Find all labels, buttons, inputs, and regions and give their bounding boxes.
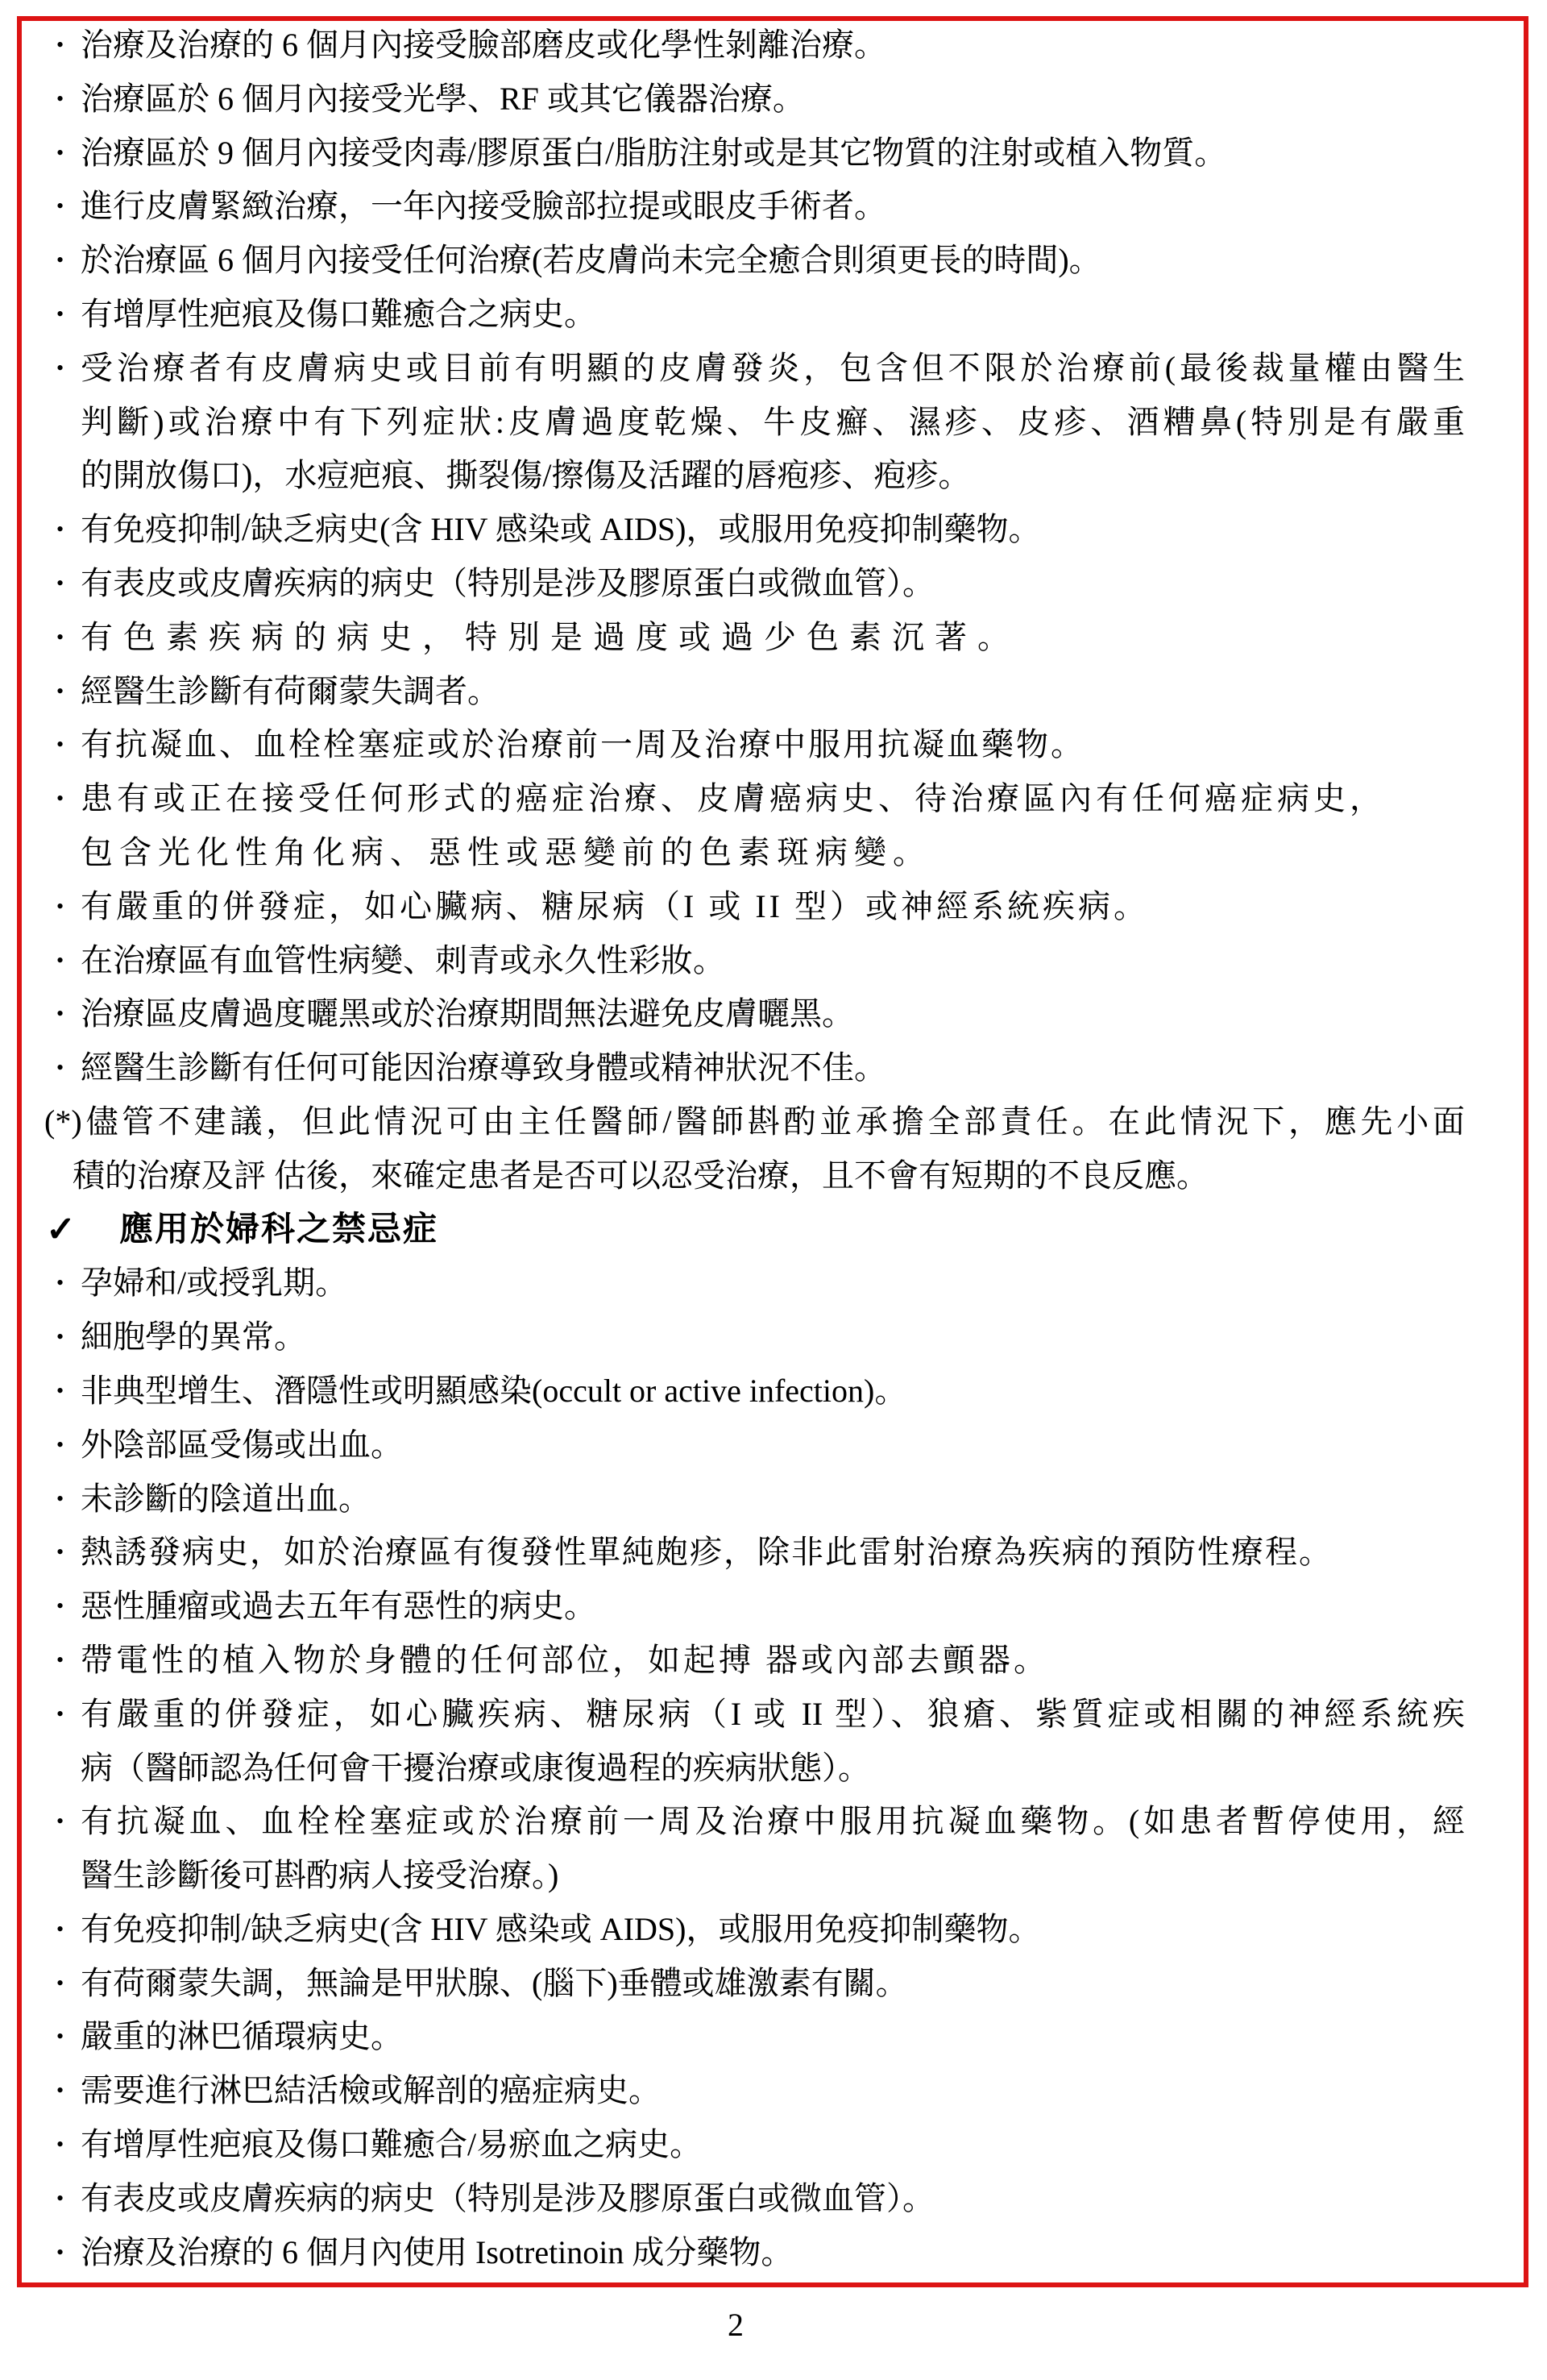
item-line: 有荷爾蒙失調，無論是甲狀腺、(腦下)垂體或雄激素有關。 xyxy=(81,1957,1465,2011)
item-line: 熱誘發病史，如於治療區有復發性單純皰疹，除非此雷射治療為疾病的預防性療程。 xyxy=(81,1526,1465,1580)
bullet-icon: • xyxy=(56,503,64,557)
bullet-item: •外陰部區受傷或出血。 xyxy=(23,1418,1520,1472)
bullet-item: •治療及治療的 6 個月內使用 Isotretinoin 成分藥物。 xyxy=(23,2226,1520,2280)
bullet-icon: • xyxy=(56,718,64,772)
bullet-item: •熱誘發病史，如於治療區有復發性單純皰疹，除非此雷射治療為疾病的預防性療程。 xyxy=(23,1526,1520,1580)
bullet-icon: • xyxy=(56,1364,64,1418)
bullet-item: •惡性腫瘤或過去五年有惡性的病史。 xyxy=(23,1580,1520,1634)
bullet-item: •在治療區有血管性病變、刺青或永久性彩妝。 xyxy=(23,934,1520,988)
bullet-item: •未診斷的陰道出血。 xyxy=(23,1472,1520,1526)
note-item: (*)儘管不建議，但此情況可由主任醫師/醫師斟酌並承擔全部責任。在此情況下，應先… xyxy=(23,1095,1520,1203)
item-line: 有免疫抑制/缺乏病史(含 HIV 感染或 AIDS)，或服用免疫抑制藥物。 xyxy=(81,503,1465,557)
item-line: 於治療區 6 個月內接受任何治療(若皮膚尚未完全癒合則須更長的時間)。 xyxy=(81,234,1465,288)
item-line: 經醫生診斷有任何可能因治療導致身體或精神狀況不佳。 xyxy=(81,1041,1465,1095)
bullet-item: •治療區於 6 個月內接受光學、RF 或其它儀器治療。 xyxy=(23,73,1520,127)
bullet-item: •嚴重的淋巴循環病史。 xyxy=(23,2010,1520,2064)
bullet-icon: • xyxy=(56,127,64,181)
bullet-icon: • xyxy=(56,73,64,127)
item-line: 治療區於 6 個月內接受光學、RF 或其它儀器治療。 xyxy=(81,73,1465,127)
item-line: 患有或正在接受任何形式的癌症治療、皮膚癌病史、待治療區內有任何癌症病史， xyxy=(81,772,1465,826)
document-body: •治療及治療的 6 個月內接受臉部磨皮或化學性剝離治療。•治療區於 6 個月內接… xyxy=(23,19,1520,2279)
bullet-icon: • xyxy=(56,934,64,988)
bullet-item: •非典型增生、潛隱性或明顯感染(occult or active infecti… xyxy=(23,1364,1520,1418)
bullet-item: •於治療區 6 個月內接受任何治療(若皮膚尚未完全癒合則須更長的時間)。 xyxy=(23,234,1520,288)
item-line: 有嚴重的併發症，如心臟疾病、糖尿病（I 或 II 型）、狼瘡、紫質症或相關的神經… xyxy=(81,1688,1465,1742)
item-line: 惡性腫瘤或過去五年有惡性的病史。 xyxy=(81,1580,1465,1634)
item-line: 有增厚性疤痕及傷口難癒合/易瘀血之病史。 xyxy=(81,2118,1465,2172)
bullet-item: •有嚴重的併發症，如心臟病、糖尿病（I 或 II 型）或神經系統疾病。 xyxy=(23,880,1520,934)
bullet-item: •治療區於 9 個月內接受肉毒/膠原蛋白/脂肪注射或是其它物質的注射或植入物質。 xyxy=(23,127,1520,181)
item-line: 在治療區有血管性病變、刺青或永久性彩妝。 xyxy=(81,934,1465,988)
section-heading-text: 應用於婦科之禁忌症 xyxy=(119,1203,1520,1257)
item-line: 嚴重的淋巴循環病史。 xyxy=(81,2010,1465,2064)
bullet-icon: • xyxy=(56,665,64,719)
bullet-item: •有免疫抑制/缺乏病史(含 HIV 感染或 AIDS)，或服用免疫抑制藥物。 xyxy=(23,1903,1520,1957)
bullet-item: •治療區皮膚過度曬黑或於治療期間無法避免皮膚曬黑。 xyxy=(23,987,1520,1041)
bullet-icon: • xyxy=(56,880,64,934)
item-line: 有抗凝血、血栓栓塞症或於治療前一周及治療中服用抗凝血藥物。(如患者暫停使用，經 xyxy=(81,1795,1465,1849)
item-line: 治療及治療的 6 個月內使用 Isotretinoin 成分藥物。 xyxy=(81,2226,1465,2280)
bullet-icon: • xyxy=(56,1418,64,1472)
item-line: 需要進行淋巴結活檢或解剖的癌症病史。 xyxy=(81,2064,1465,2118)
page-number: 2 xyxy=(23,2301,1449,2349)
item-line: 治療區於 9 個月內接受肉毒/膠原蛋白/脂肪注射或是其它物質的注射或植入物質。 xyxy=(81,127,1465,181)
item-line: 病（醫師認為任何會干擾治療或康復過程的疾病狀態）。 xyxy=(81,1742,1465,1796)
bullet-item: •受治療者有皮膚病史或目前有明顯的皮膚發炎，包含但不限於治療前(最後裁量權由醫生… xyxy=(23,342,1520,503)
check-icon: ✓ xyxy=(46,1203,76,1257)
bullet-icon: • xyxy=(56,2064,64,2118)
bullet-icon: • xyxy=(56,1688,64,1742)
item-line: 有嚴重的併發症，如心臟病、糖尿病（I 或 II 型）或神經系統疾病。 xyxy=(81,880,1465,934)
bullet-item: •患有或正在接受任何形式的癌症治療、皮膚癌病史、待治療區內有任何癌症病史，包含光… xyxy=(23,772,1520,880)
item-line: 有表皮或皮膚疾病的病史（特別是涉及膠原蛋白或微血管）。 xyxy=(81,2172,1465,2226)
item-line: 帶電性的植入物於身體的任何部位，如起搏 器或內部去顫器。 xyxy=(81,1634,1465,1688)
bullet-item: •有色素疾病的病史，特別是過度或過少色素沉著。 xyxy=(23,611,1520,665)
item-line: 經醫生診斷有荷爾蒙失調者。 xyxy=(81,665,1465,719)
bullet-icon: • xyxy=(56,557,64,611)
bullet-item: •有增厚性疤痕及傷口難癒合之病史。 xyxy=(23,288,1520,342)
bullet-item: •有增厚性疤痕及傷口難癒合/易瘀血之病史。 xyxy=(23,2118,1520,2172)
item-line: 有增厚性疤痕及傷口難癒合之病史。 xyxy=(81,288,1465,342)
item-line: 積的治療及評 估後，來確定患者是否可以忍受治療，且不會有短期的不良反應。 xyxy=(44,1149,1465,1203)
bullet-icon: • xyxy=(56,611,64,665)
item-line: 有色素疾病的病史，特別是過度或過少色素沉著。 xyxy=(81,611,1465,665)
item-line: 非典型增生、潛隱性或明顯感染(occult or active infectio… xyxy=(81,1364,1465,1418)
bullet-icon: • xyxy=(56,1310,64,1364)
bullet-item: •有表皮或皮膚疾病的病史（特別是涉及膠原蛋白或微血管）。 xyxy=(23,557,1520,611)
bullet-icon: • xyxy=(56,1795,64,1849)
item-line: 進行皮膚緊緻治療，一年內接受臉部拉提或眼皮手術者。 xyxy=(81,180,1465,234)
bullet-item: •帶電性的植入物於身體的任何部位，如起搏 器或內部去顫器。 xyxy=(23,1634,1520,1688)
bullet-icon: • xyxy=(56,1957,64,2011)
bullet-item: •需要進行淋巴結活檢或解剖的癌症病史。 xyxy=(23,2064,1520,2118)
item-line: 包含光化性角化病、惡性或惡變前的色素斑病變。 xyxy=(81,826,1465,880)
bullet-item: •細胞學的異常。 xyxy=(23,1310,1520,1364)
bullet-item: •有荷爾蒙失調，無論是甲狀腺、(腦下)垂體或雄激素有關。 xyxy=(23,1957,1520,2011)
bullet-icon: • xyxy=(56,772,64,826)
bullet-item: •經醫生診斷有荷爾蒙失調者。 xyxy=(23,665,1520,719)
item-line: 外陰部區受傷或出血。 xyxy=(81,1418,1465,1472)
bullet-icon: • xyxy=(56,2118,64,2172)
item-line: 有抗凝血、血栓栓塞症或於治療前一周及治療中服用抗凝血藥物。 xyxy=(81,718,1465,772)
bullet-item: •有嚴重的併發症，如心臟疾病、糖尿病（I 或 II 型）、狼瘡、紫質症或相關的神… xyxy=(23,1688,1520,1796)
bullet-item: •經醫生診斷有任何可能因治療導致身體或精神狀況不佳。 xyxy=(23,1041,1520,1095)
section-heading: ✓應用於婦科之禁忌症 xyxy=(23,1203,1520,1257)
bullet-icon: • xyxy=(56,1041,64,1095)
bullet-icon: • xyxy=(56,288,64,342)
bullet-icon: • xyxy=(56,1634,64,1688)
item-line: 受治療者有皮膚病史或目前有明顯的皮膚發炎，包含但不限於治療前(最後裁量權由醫生 xyxy=(81,342,1465,396)
bullet-icon: • xyxy=(56,2226,64,2280)
bullet-item: •治療及治療的 6 個月內接受臉部磨皮或化學性剝離治療。 xyxy=(23,19,1520,73)
bullet-item: •孕婦和/或授乳期。 xyxy=(23,1256,1520,1310)
item-line: 醫生診斷後可斟酌病人接受治療。) xyxy=(81,1849,1465,1903)
bullet-item: •進行皮膚緊緻治療，一年內接受臉部拉提或眼皮手術者。 xyxy=(23,180,1520,234)
bullet-item: •有抗凝血、血栓栓塞症或於治療前一周及治療中服用抗凝血藥物。(如患者暫停使用，經… xyxy=(23,1795,1520,1903)
item-line: 的開放傷口)，水痘疤痕、撕裂傷/擦傷及活躍的唇疱疹、疱疹。 xyxy=(81,449,1465,503)
item-line: 判斷)或治療中有下列症狀:皮膚過度乾燥、牛皮癬、濕疹、皮疹、酒糟鼻(特別是有嚴重 xyxy=(81,396,1465,450)
bullet-icon: • xyxy=(56,2010,64,2064)
bullet-item: •有抗凝血、血栓栓塞症或於治療前一周及治療中服用抗凝血藥物。 xyxy=(23,718,1520,772)
item-line: 有表皮或皮膚疾病的病史（特別是涉及膠原蛋白或微血管）。 xyxy=(81,557,1465,611)
item-line: 未診斷的陰道出血。 xyxy=(81,1472,1465,1526)
bullet-item: •有表皮或皮膚疾病的病史（特別是涉及膠原蛋白或微血管）。 xyxy=(23,2172,1520,2226)
item-line: 細胞學的異常。 xyxy=(81,1310,1465,1364)
document-page: •治療及治療的 6 個月內接受臉部磨皮或化學性剝離治療。•治療區於 6 個月內接… xyxy=(0,0,1547,2380)
item-line: 治療區皮膚過度曬黑或於治療期間無法避免皮膚曬黑。 xyxy=(81,987,1465,1041)
bullet-icon: • xyxy=(56,342,64,396)
bullet-icon: • xyxy=(56,1580,64,1634)
bullet-icon: • xyxy=(56,1903,64,1957)
bullet-icon: • xyxy=(56,1526,64,1580)
item-line: (*)儘管不建議，但此情況可由主任醫師/醫師斟酌並承擔全部責任。在此情況下，應先… xyxy=(44,1095,1465,1149)
bullet-icon: • xyxy=(56,1472,64,1526)
bullet-icon: • xyxy=(56,180,64,234)
item-line: 孕婦和/或授乳期。 xyxy=(81,1256,1465,1310)
bullet-icon: • xyxy=(56,1256,64,1310)
bullet-item: •有免疫抑制/缺乏病史(含 HIV 感染或 AIDS)，或服用免疫抑制藥物。 xyxy=(23,503,1520,557)
item-line: 有免疫抑制/缺乏病史(含 HIV 感染或 AIDS)，或服用免疫抑制藥物。 xyxy=(81,1903,1465,1957)
bullet-icon: • xyxy=(56,2172,64,2226)
bullet-icon: • xyxy=(56,234,64,288)
bullet-icon: • xyxy=(56,987,64,1041)
item-line: 治療及治療的 6 個月內接受臉部磨皮或化學性剝離治療。 xyxy=(81,19,1465,73)
bullet-icon: • xyxy=(56,19,64,73)
